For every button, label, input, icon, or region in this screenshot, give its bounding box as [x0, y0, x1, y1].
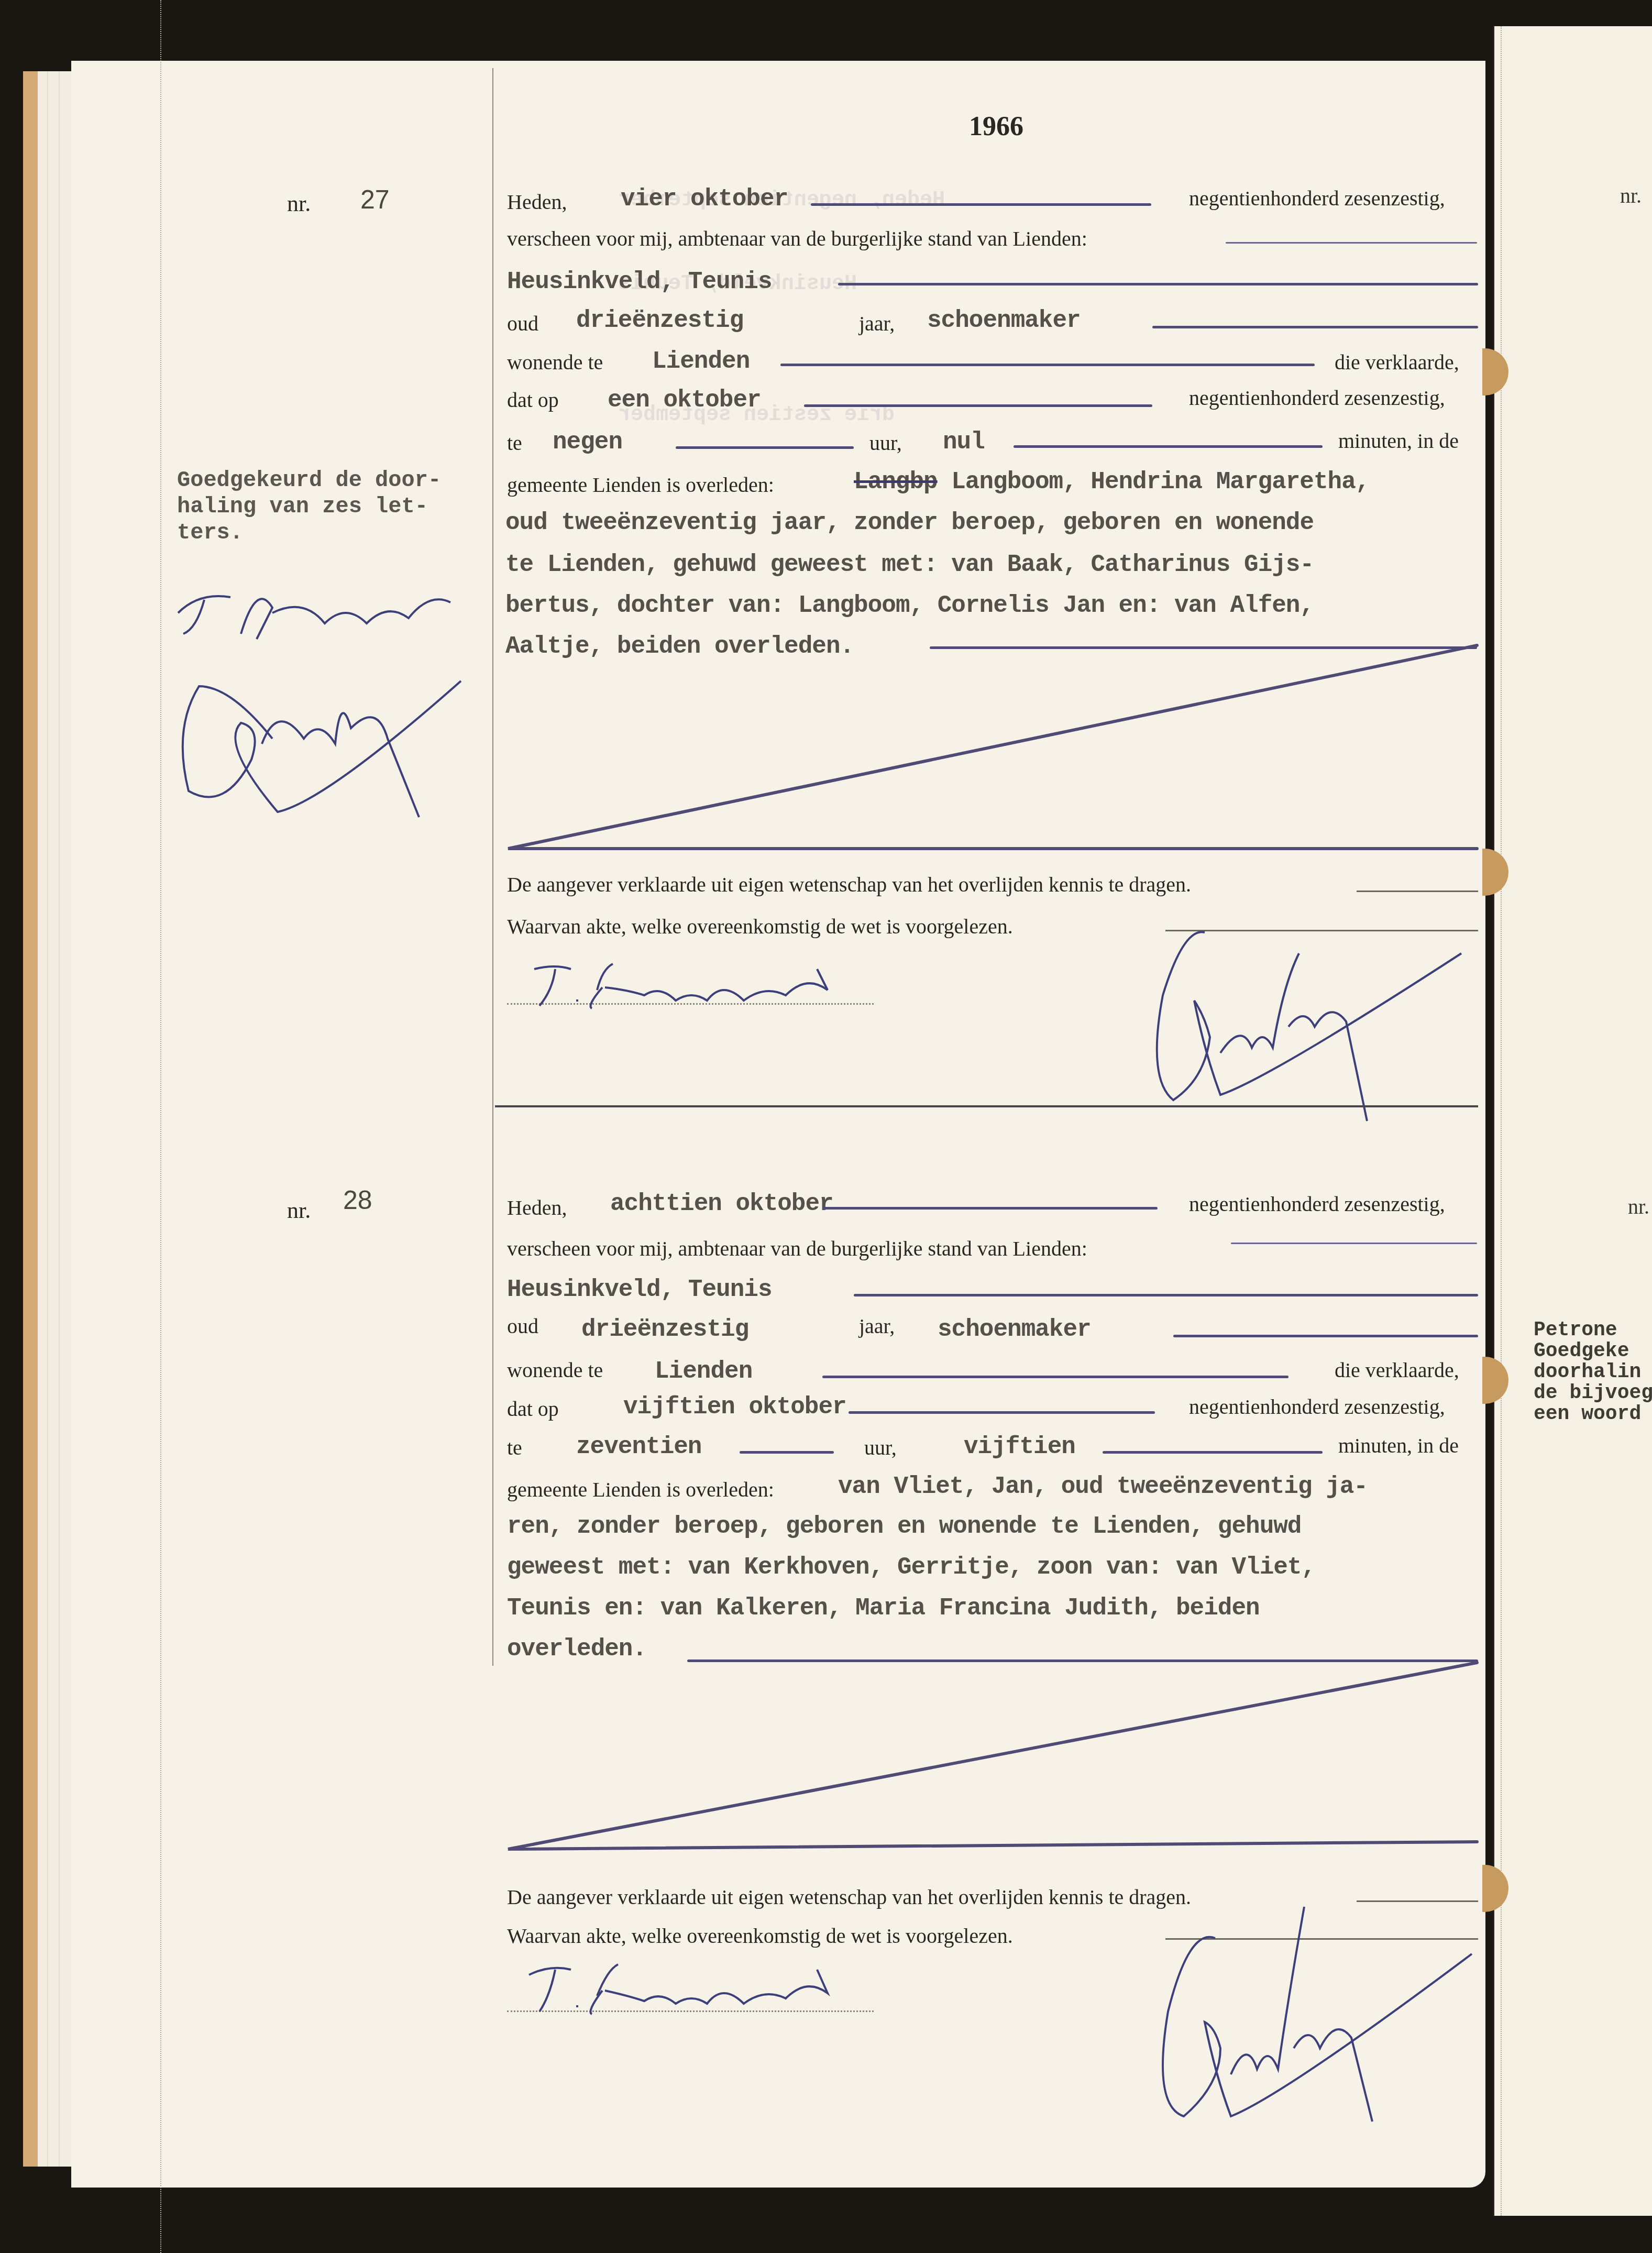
label-gemeente: gemeente Lienden is overleden: — [507, 1477, 774, 1502]
deceased-line-0: Langbp Langboom, Hendrina Margaretha, — [854, 468, 1369, 496]
field-declarant-name: Heusinkveld, Teunis — [507, 268, 772, 295]
label-oud: oud — [507, 1314, 538, 1338]
deceased-line-3: bertus, dochter van: Langboom, Cornelis … — [505, 592, 1314, 619]
deceased-line-0: van Vliet, Jan, oud tweeënzeventig ja- — [838, 1473, 1368, 1500]
fill-line — [676, 446, 854, 449]
field-hour: negen — [553, 428, 622, 456]
book-cover-edge — [23, 71, 38, 2167]
label-heden: Heden, — [507, 190, 567, 214]
fill-line — [1173, 1335, 1478, 1337]
fill-line — [740, 1451, 834, 1454]
label-uur: uur, — [864, 1435, 897, 1460]
fill-line — [804, 404, 1152, 407]
next-page-margin-note: Petrone Goedgeke doorhalin de bijvoeg ee… — [1534, 1320, 1652, 1425]
entry-number: 28 — [343, 1185, 372, 1215]
fill-line — [1357, 891, 1478, 892]
label-minuten: minuten, in de — [1338, 428, 1459, 453]
label-verscheen: verscheen voor mij, ambtenaar van de bur… — [507, 226, 1087, 251]
label-year-words: negentienhonderd zesenzestig, — [1189, 1394, 1445, 1419]
field-date-registered: achttien oktober — [610, 1190, 833, 1217]
fill-line — [1103, 1451, 1323, 1454]
field-declarant-age: drieënzestig — [581, 1316, 748, 1343]
margin-signature-declarant — [168, 571, 461, 812]
label-gemeente: gemeente Lienden is overleden: — [507, 473, 774, 497]
entry-number: 27 — [360, 184, 390, 215]
label-year-words: negentienhonderd zesenzestig, — [1189, 186, 1445, 211]
field-hour: zeventien — [576, 1433, 701, 1460]
fill-line — [822, 1376, 1288, 1378]
entry-nr-label: nr. — [287, 1197, 311, 1224]
label-heden: Heden, — [507, 1195, 567, 1220]
label-dat-op: dat op — [507, 388, 559, 412]
field-date-of-death: vijftien oktober — [623, 1393, 846, 1421]
signature-declarant — [524, 959, 849, 1016]
next-page-nr-label-2: nr. — [1628, 1194, 1649, 1219]
z-closing-stroke — [492, 639, 1488, 859]
fill-line — [1014, 445, 1323, 448]
label-te: te — [507, 431, 522, 455]
label-waarvan: Waarvan akte, welke overeenkomstig de we… — [507, 914, 1013, 939]
field-declarant-residence: Lienden — [655, 1358, 752, 1385]
deceased-line-3: Teunis en: van Kalkeren, Maria Francina … — [507, 1595, 1260, 1622]
page-year: 1966 — [969, 111, 1023, 142]
perforation-left — [160, 0, 162, 2253]
label-aangever: De aangever verklaarde uit eigen wetensc… — [507, 1885, 1191, 1909]
signature-registrar — [1100, 1907, 1477, 2127]
entry-nr-label: nr. — [287, 190, 311, 217]
struck-text: Langbp — [854, 468, 938, 496]
label-wonende-te: wonende te — [507, 350, 603, 375]
label-aangever: De aangever verklaarde uit eigen wetensc… — [507, 872, 1191, 897]
signature-declarant — [519, 1954, 843, 2017]
fill-line — [854, 1294, 1478, 1296]
field-declarant-residence: Lienden — [652, 348, 750, 375]
field-declarant-name: Heusinkveld, Teunis — [507, 1276, 772, 1303]
next-page-nr-label: nr. — [1620, 183, 1642, 208]
label-dat-op: dat op — [507, 1397, 559, 1421]
label-uur: uur, — [869, 431, 902, 455]
field-minutes: vijftien — [964, 1433, 1075, 1460]
label-verscheen: verscheen voor mij, ambtenaar van de bur… — [507, 1236, 1087, 1261]
label-gemeente-overleden: gemeente Lienden is overleden: — [492, 472, 774, 497]
margin-column-rule — [492, 68, 493, 1666]
label-die-verklaarde: die verklaarde, — [1335, 350, 1459, 375]
deceased-line-1: ren, zonder beroep, geboren en wonende t… — [507, 1513, 1301, 1540]
label-die-verklaarde: die verklaarde, — [1335, 1358, 1459, 1382]
page-stack-edge — [38, 71, 72, 2167]
margin-note-approval: Goedgekeurd de door- haling van zes let-… — [177, 467, 441, 546]
fill-line — [1226, 242, 1477, 244]
fill-line — [822, 1207, 1158, 1210]
field-declarant-age: drieënzestig — [576, 307, 743, 334]
fill-line — [1152, 326, 1478, 328]
field-date-of-death: een oktober — [608, 387, 761, 414]
field-declarant-occupation: schoenmaker — [938, 1316, 1091, 1343]
label-year-words: negentienhonderd zesenzestig, — [1189, 1192, 1445, 1216]
signature-registrar — [1100, 922, 1467, 1131]
field-date-registered: vier oktober — [621, 185, 788, 213]
label-jaar: jaar, — [859, 1314, 895, 1338]
entry-separator — [495, 1105, 1478, 1107]
z-closing-stroke — [492, 1655, 1488, 1854]
label-te: te — [507, 1435, 522, 1460]
label-waarvan: Waarvan akte, welke overeenkomstig de we… — [507, 1924, 1013, 1948]
label-year-words: negentienhonderd zesenzestig, — [1189, 386, 1445, 410]
deceased-line-2: te Lienden, gehuwd geweest met: van Baak… — [505, 551, 1314, 578]
field-declarant-occupation: schoenmaker — [927, 307, 1081, 334]
next-page-edge: nr. nr. Petrone Goedgeke doorhalin de bi… — [1493, 26, 1652, 2216]
label-jaar: jaar, — [859, 311, 895, 336]
deceased-line-2: geweest met: van Kerkhoven, Gerritje, zo… — [507, 1554, 1315, 1581]
fill-line — [1231, 1243, 1477, 1244]
fill-line — [811, 203, 1151, 206]
field-minutes: nul — [943, 428, 985, 456]
label-wonende-te: wonende te — [507, 1358, 603, 1382]
label-minuten: minuten, in de — [1338, 1433, 1459, 1458]
fill-line — [849, 1411, 1155, 1414]
label-oud: oud — [507, 311, 538, 336]
fill-line — [780, 364, 1315, 366]
deceased-text: Langboom, Hendrina Margaretha, — [951, 468, 1369, 496]
deceased-line-1: oud tweeënzeventig jaar, zonder beroep, … — [505, 509, 1314, 536]
fill-line — [1357, 1900, 1478, 1902]
fill-line — [838, 283, 1478, 285]
